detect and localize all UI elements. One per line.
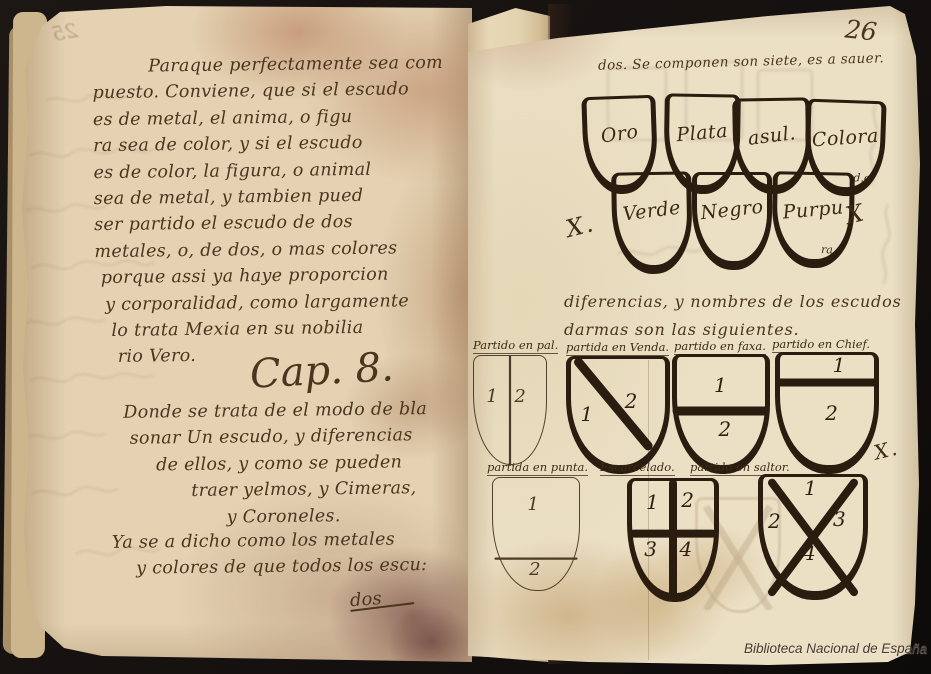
- manuscript-line: de ellos, y como se pueden: [156, 449, 428, 479]
- left-paragraph-1: Paraque perfectamente sea compuesto. Con…: [92, 50, 447, 371]
- quarter-number: 2: [514, 388, 525, 406]
- tincture-label: Negro: [696, 195, 768, 224]
- tincture-shield-verde: Verde: [611, 171, 693, 274]
- manuscript-line: y corporalidad, como largamente: [105, 288, 446, 319]
- shield-punta: 12: [492, 477, 580, 591]
- quarter-number: 2: [625, 391, 638, 411]
- tincture-label: Purpu: [776, 195, 850, 223]
- tincture-shield-purpu: Purpura..: [771, 171, 855, 268]
- tincture-sublabel: d.o: [853, 171, 871, 185]
- flourish-row3: X.: [871, 435, 901, 464]
- division-label: partido en Chief.: [772, 337, 870, 353]
- quarter-number: 4: [680, 539, 693, 559]
- division-label: Escarcelado.: [600, 460, 675, 476]
- quarter-number: 1: [833, 355, 846, 375]
- manuscript-line: Ya se a dicho como los metales: [112, 526, 427, 556]
- division-label: Partido en pal.: [473, 338, 558, 354]
- right-header-line: dos. Se componen son siete, es a sauer.: [598, 50, 884, 73]
- manuscript-line: Donde se trata de el modo de bla: [123, 396, 427, 426]
- mid-text-line1: diferencias, y nombres de los escudos: [564, 292, 902, 311]
- quarter-number: 2: [768, 511, 781, 531]
- quarter-number: 4: [803, 543, 816, 563]
- quarter-number: 2: [529, 561, 540, 579]
- tincture-label: Colora: [810, 124, 881, 151]
- quarter-number: 2: [681, 490, 694, 510]
- tincture-label: Plata: [668, 119, 736, 147]
- page-number: 26: [844, 14, 879, 46]
- quarter-number: 1: [646, 492, 659, 512]
- tincture-label: Verde: [616, 196, 688, 226]
- manuscript-photo: 25 Paraque perfectamente sea compuesto. …: [0, 0, 931, 674]
- flourish-left: X.: [563, 209, 598, 243]
- quarter-number: 3: [644, 539, 657, 559]
- chapter-heading: Cap. 8.: [249, 344, 395, 397]
- quarter-number: 1: [804, 478, 817, 498]
- catchword: dos: [349, 586, 414, 613]
- tincture-label: asul.: [737, 120, 807, 150]
- manuscript-line: lo trata Mexia en su nobilia: [111, 314, 446, 344]
- library-credit: Biblioteca Nacional de España: [744, 641, 927, 656]
- manuscript-line: traer yelmos, y Cimeras,: [191, 475, 428, 504]
- left-paragraph-3: Ya se a dicho como los metalesy colores …: [112, 526, 428, 583]
- quarter-number: 1: [486, 388, 497, 406]
- shield-escarcelado: 1234: [627, 478, 719, 602]
- left-paragraph-2: Donde se trata de el modo de blasonar Un…: [115, 396, 428, 532]
- quarter-number: 1: [527, 496, 538, 514]
- mid-text-line2: darmas son las siguientes.: [564, 320, 799, 339]
- shield-pal: 12: [473, 355, 547, 465]
- tincture-sublabel: ra..: [821, 243, 840, 256]
- shield-chief: 12: [775, 352, 879, 474]
- division-label: partido en faxa.: [674, 339, 766, 355]
- content-layer: 25 Paraque perfectamente sea compuesto. …: [0, 0, 931, 674]
- quarter-number: 1: [714, 375, 727, 395]
- tincture-label: Oro: [586, 119, 652, 150]
- division-label: partida en punta.: [487, 460, 588, 476]
- manuscript-line: Paraque perfectamente sea com: [148, 50, 443, 80]
- manuscript-line: metales, o, de dos, o mas colores: [94, 235, 445, 266]
- tincture-shield-negro: Negro: [692, 172, 772, 270]
- ghost-page-number: 25: [50, 18, 79, 46]
- shield-saltor: 1234: [758, 474, 868, 600]
- shield-faxa: 12: [672, 354, 770, 474]
- division-label: partida en Venda.: [566, 340, 669, 356]
- manuscript-line: sonar Un escudo, y diferencias: [130, 423, 428, 453]
- quarter-number: 3: [833, 509, 846, 529]
- manuscript-line: puesto. Conviene, que si el escudo: [92, 76, 443, 107]
- quarter-number: 1: [580, 404, 593, 424]
- quarter-number: 2: [718, 419, 731, 439]
- manuscript-line: y colores de que todos los escu:: [136, 552, 427, 582]
- manuscript-line: porque assi ya haye proporcion: [101, 261, 446, 292]
- quarter-number: 2: [825, 403, 838, 423]
- shield-venda: 12: [566, 356, 670, 474]
